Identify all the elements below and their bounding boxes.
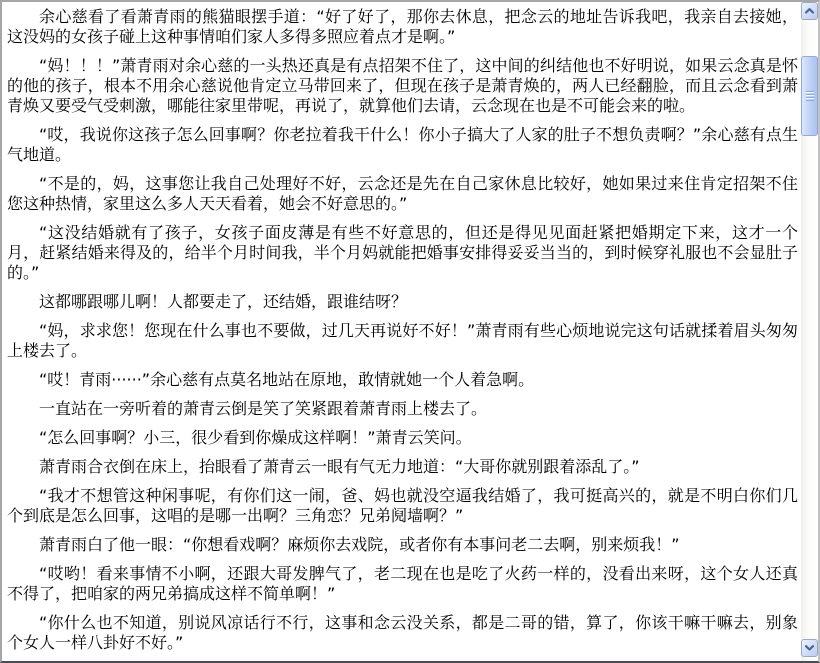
vertical-scrollbar[interactable]: [801, 2, 818, 661]
paragraph: “怎么回事啊？小三，很少看到你燥成这样啊！”萧青云笑问。: [7, 428, 798, 448]
text-viewport: 余心慈看了看萧青雨的熊猫眼摆手道：“好了好了，那你去休息，把念云的地址告诉我吧，…: [0, 0, 820, 663]
chevron-down-icon: [805, 645, 814, 651]
paragraph: 一直站在一旁听着的萧青云倒是笑了笑紧跟着萧青雨上楼去了。: [7, 399, 798, 419]
document-body: 余心慈看了看萧青雨的熊猫眼摆手道：“好了好了，那你去休息，把念云的地址告诉我吧，…: [2, 2, 801, 661]
paragraph: 萧青雨白了他一眼：“你想看戏啊？麻烦你去戏院，或者你有本事问老二去啊，别来烦我！…: [7, 535, 798, 555]
paragraph: “你什么也不知道，别说风凉话行不行，这事和念云没关系，都是二哥的错，算了，你该干…: [7, 613, 798, 653]
paragraph: “不是的，妈，这事您让我自己处理好不好，云念还是先在自己家休息比较好，她如果过来…: [7, 174, 798, 214]
paragraph: “哎！青雨······”余心慈有点莫名地站在原地，敢情就她一个人着急啊。: [7, 370, 798, 390]
chevron-up-icon: [805, 8, 814, 14]
paragraph: “我才不想管这种闲事呢，有你们这一闹，爸、妈也就没空逼我结婚了，我可挺高兴的，就…: [7, 486, 798, 526]
scroll-down-button[interactable]: [801, 639, 818, 657]
paragraph: “妈！！！”萧青雨对余心慈的一头热还真是有点招架不住了，这中间的纠结他也不好明说…: [7, 56, 798, 116]
paragraph: “哎，我说你这孩子怎么回事啊？你老拉着我干什么！你小子搞大了人家的肚子不想负责啊…: [7, 125, 798, 165]
paragraph: “妈，求求您！您现在什么事也不要做，过几天再说好不好！”萧青雨有些心烦地说完这句…: [7, 321, 798, 361]
scrollbar-track[interactable]: [801, 20, 818, 639]
grip-lines-icon: [806, 91, 814, 101]
paragraph: “这没结婚就有了孩子，女孩子面皮薄是有些不好意思的，但还是得见见面赶紧把婚期定下…: [7, 223, 798, 283]
paragraph: “哎哟！看来事情不小啊，还跟大哥发脾气了，老二现在也是吃了火药一样的，没看出来呀…: [7, 564, 798, 604]
paragraph: 余心慈看了看萧青雨的熊猫眼摆手道：“好了好了，那你去休息，把念云的地址告诉我吧，…: [7, 7, 798, 47]
paragraph: 这都哪跟哪儿啊！人都要走了，还结婚，跟谁结呀？: [7, 292, 798, 312]
scrollbar-thumb[interactable]: [801, 56, 818, 136]
scroll-up-button[interactable]: [801, 2, 818, 20]
paragraph: 萧青雨合衣倒在床上，抬眼看了萧青云一眼有气无力地道：“大哥你就别跟着添乱了。”: [7, 457, 798, 477]
